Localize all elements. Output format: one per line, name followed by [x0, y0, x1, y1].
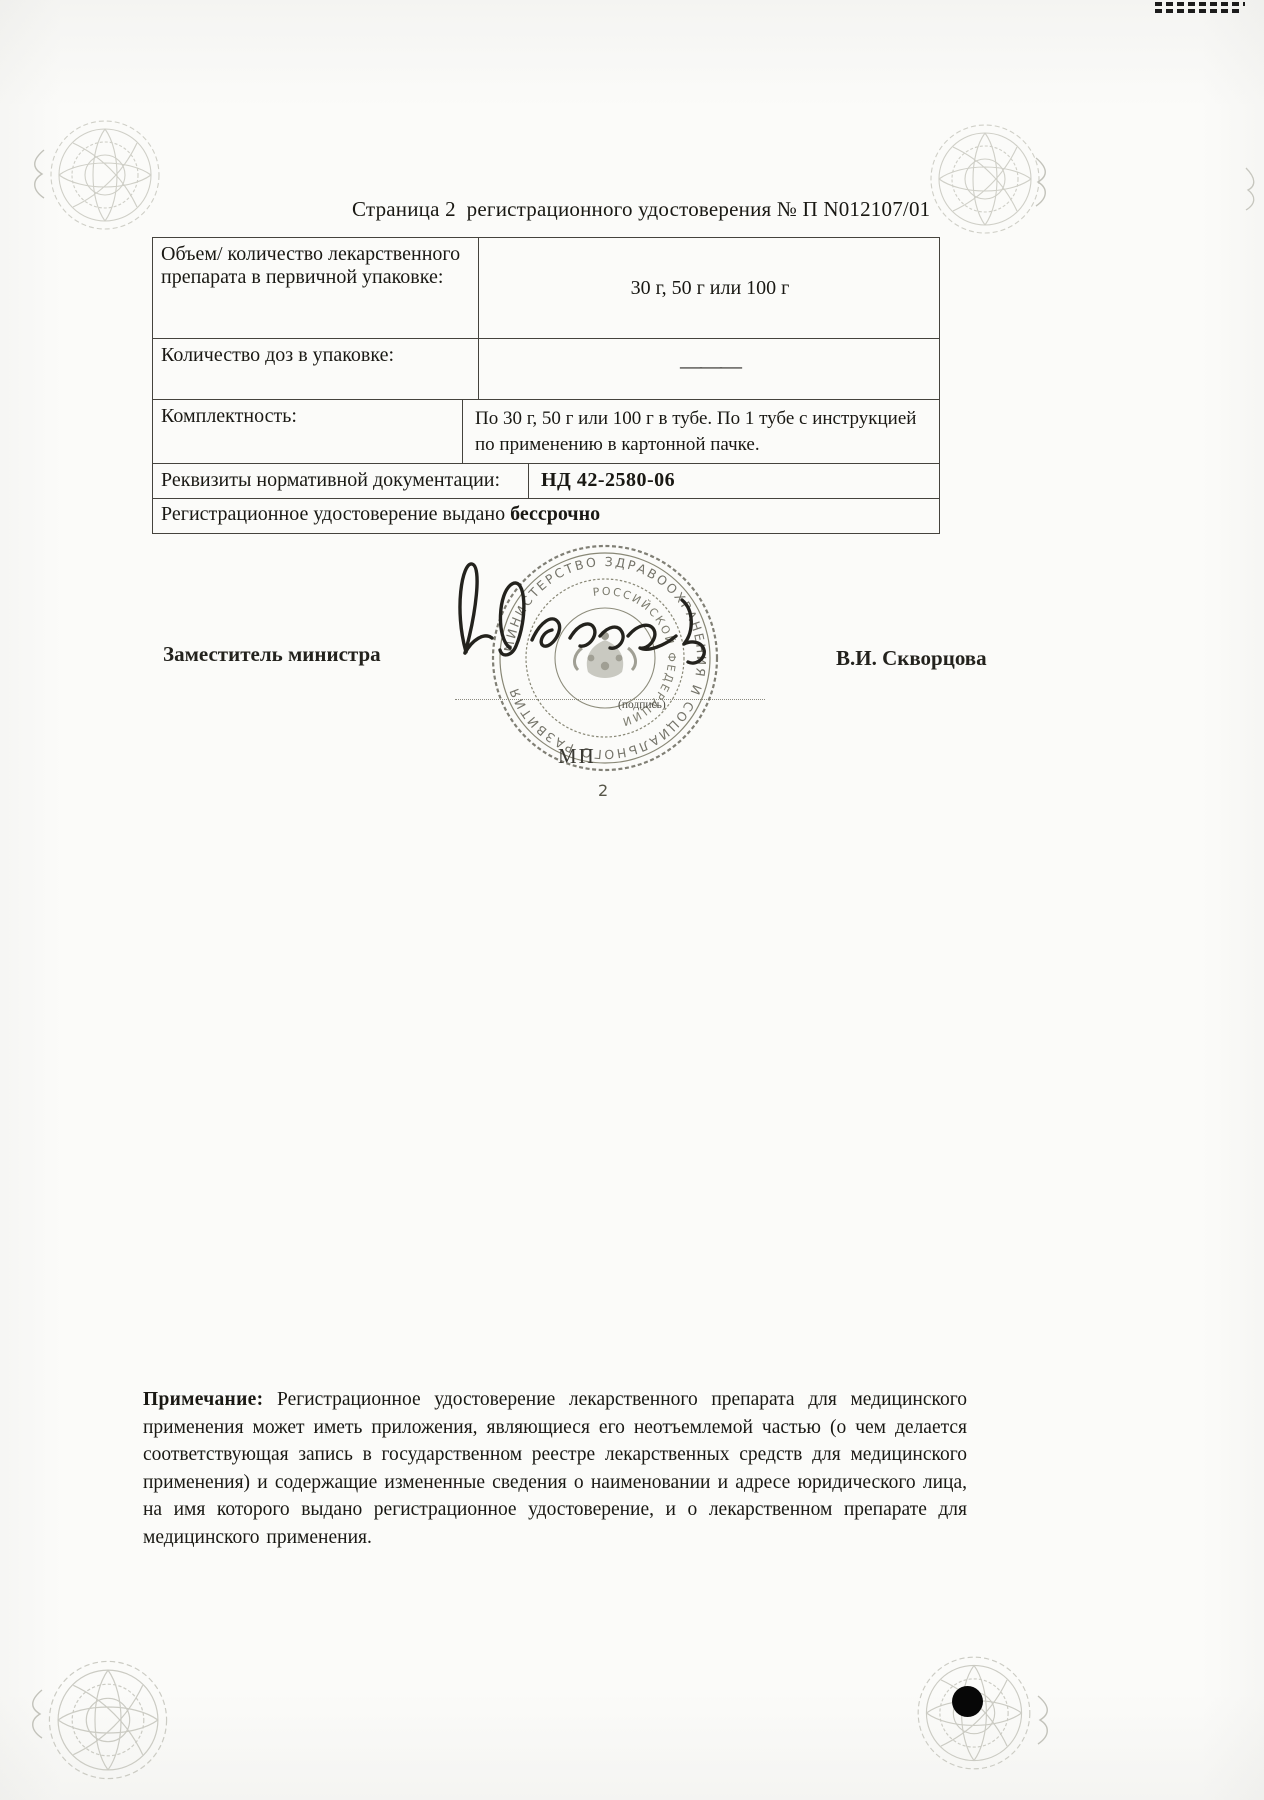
dash-mark — [1155, 2, 1245, 6]
note-paragraph: Примечание: Регистрационное удостоверени… — [143, 1386, 967, 1551]
table-row-value: НД 42-2580-06 — [529, 464, 939, 498]
validity-text: Регистрационное удостоверение выдано — [161, 503, 510, 525]
note-label: Примечание: — [143, 1389, 263, 1410]
registration-table: Объем/ количество лекарственного препара… — [152, 237, 940, 534]
table-row-label: Объем/ количество лекарственного препара… — [153, 238, 479, 338]
table-row: Реквизиты нормативной документации: НД 4… — [153, 463, 939, 498]
black-dot-mark — [952, 1686, 983, 1717]
signer-post-title: Заместитель министра — [163, 642, 381, 667]
table-row-value: ——— — [479, 339, 939, 399]
table-row-value: По 30 г, 50 г или 100 г в тубе. По 1 туб… — [463, 400, 939, 463]
page-title: Страница 2 регистрационного удостоверени… — [352, 197, 992, 222]
table-row: Количество доз в упаковке: ——— — [153, 338, 939, 399]
ornament-squiggle — [28, 148, 50, 200]
table-row-value: 30 г, 50 г или 100 г — [479, 238, 939, 338]
table-row: Комплектность: По 30 г, 50 г или 100 г в… — [153, 399, 939, 463]
table-row: Объем/ количество лекарственного препара… — [153, 238, 939, 338]
empty-value-dash: ——— — [680, 361, 740, 371]
table-row-label: Комплектность: — [153, 400, 463, 463]
guilloche-rosette-top-left — [46, 116, 164, 234]
ornament-squiggle — [1030, 156, 1052, 208]
note-text: Регистрационное удостоверение лекарствен… — [143, 1389, 967, 1548]
stamp-signature-caption: (подпись) — [618, 699, 666, 711]
stamp-number: 2 — [598, 781, 608, 800]
ornament-squiggle — [26, 1688, 48, 1740]
stamp-seal-here-label: МП — [558, 744, 596, 768]
signer-name: В.И. Скворцова — [836, 646, 987, 671]
signature-scrawl — [432, 540, 732, 690]
dash-mark — [1155, 9, 1239, 13]
scanned-certificate-page: { "colors": { "ink": "#1f1e1a", "stamp_i… — [0, 0, 1264, 1800]
ornament-squiggle — [1242, 166, 1258, 212]
table-row-label: Количество доз в упаковке: — [153, 339, 479, 399]
guilloche-rosette-bottom-left — [44, 1656, 172, 1784]
ornament-squiggle — [1032, 1694, 1054, 1746]
table-row-label: Реквизиты нормативной документации: — [153, 464, 529, 498]
scan-edge-marks — [1155, 2, 1245, 16]
